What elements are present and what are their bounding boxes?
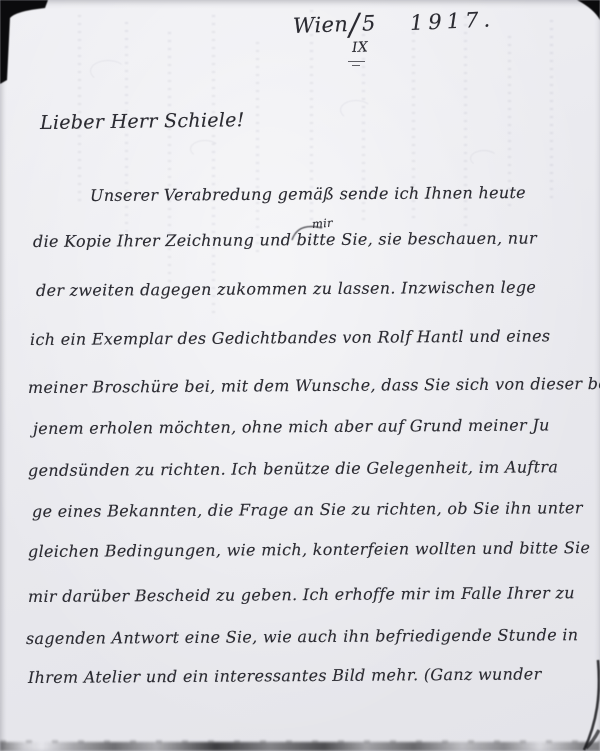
letter-line: jenem erholen möchten, ohne mich aber au… bbox=[33, 415, 550, 438]
ghost-stroke bbox=[340, 100, 372, 120]
letter-line: Ihrem Atelier und ein interessantes Bild… bbox=[28, 664, 542, 687]
ghost-stroke bbox=[508, 36, 511, 206]
ghost-stroke bbox=[212, 15, 215, 315]
ghost-stroke bbox=[78, 15, 81, 205]
date-month-underline bbox=[352, 65, 360, 66]
ghost-stroke bbox=[190, 140, 220, 158]
letter-line: Unserer Verabredung gemäß sende ich Ihne… bbox=[90, 183, 526, 205]
letter-line: sagenden Antwort eine Sie, wie auch ihn … bbox=[26, 625, 578, 648]
date-year: 1917. bbox=[409, 7, 495, 35]
letter-line: ge eines Bekannten, die Frage an Sie zu … bbox=[32, 498, 583, 521]
letter-line: der zweiten dagegen zukommen zu lassen. … bbox=[36, 278, 536, 300]
date-month-underline bbox=[348, 61, 365, 62]
bottom-edge-smudge bbox=[0, 742, 600, 751]
photograph-of-letter: Wien, 5 / IX 1917. Lieber Herr Schiele! … bbox=[0, 0, 600, 751]
photo-corner-top-left bbox=[0, 0, 62, 92]
date-month: IX bbox=[352, 39, 369, 56]
page-curl-mark bbox=[566, 650, 600, 751]
ghost-stroke bbox=[550, 20, 553, 200]
photo-corner-top-right bbox=[570, 0, 600, 24]
letter-line: gleichen Bedingungen, wie mich, konterfe… bbox=[28, 538, 590, 561]
ghost-stroke bbox=[90, 60, 126, 82]
letter-line: die Kopie Ihrer Zeichnung und bitte Sie,… bbox=[33, 228, 537, 251]
ghost-stroke bbox=[125, 22, 128, 252]
letter-line: gendsünden zu richten. Ich benütze die G… bbox=[28, 457, 558, 480]
ghost-stroke bbox=[256, 42, 259, 257]
date-city-day: Wien, 5 bbox=[293, 11, 376, 38]
insertion-caret-flourish bbox=[290, 220, 324, 242]
letter-line: ich ein Exemplar des Gedichtbandes von R… bbox=[30, 326, 550, 349]
date-slash: / bbox=[348, 8, 360, 43]
salutation: Lieber Herr Schiele! bbox=[40, 109, 245, 134]
ghost-stroke bbox=[470, 150, 498, 167]
letter-line: mir darüber Bescheid zu geben. Ich erhof… bbox=[28, 583, 575, 606]
letter-line: meiner Broschüre bei, mit dem Wunsche, d… bbox=[28, 374, 600, 397]
ghost-stroke bbox=[310, 10, 313, 250]
